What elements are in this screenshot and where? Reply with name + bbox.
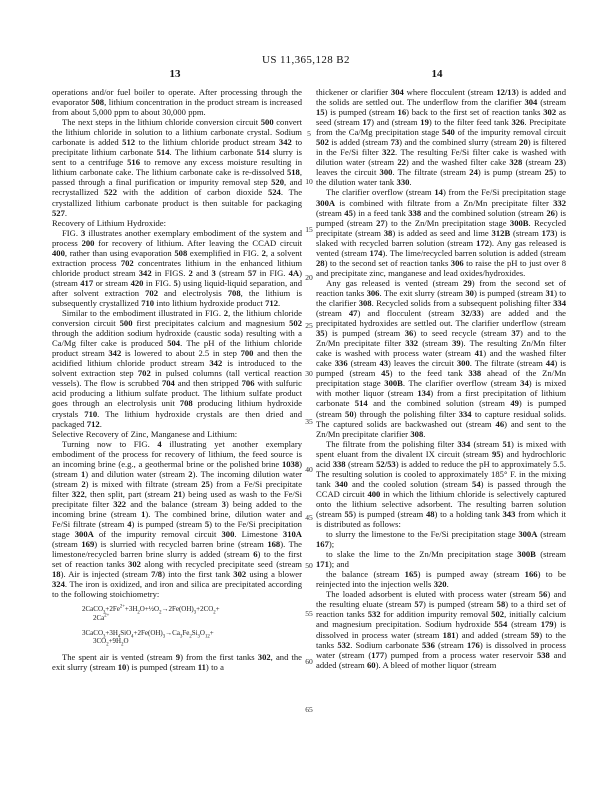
line-number: 65 [302, 705, 316, 714]
chemical-formula: 3CaCO3+3H4SiO4+2Fe(OH)3→Ca3Fe2Si3O12+3CO… [82, 629, 302, 646]
line-number: 45 [302, 513, 316, 522]
line-number: 5 [302, 129, 316, 138]
paragraph: The loaded adsorbent is eluted with proc… [316, 589, 566, 669]
patent-page: US 11,365,128 B2 13 14 operations and/or… [0, 0, 612, 792]
page-body: operations and/or fuel boiler to operate… [52, 87, 566, 672]
section-heading: Recovery of Lithium Hydroxide: [52, 218, 302, 228]
paragraph: operations and/or fuel boiler to operate… [52, 87, 302, 117]
line-number: 40 [302, 465, 316, 474]
line-number: 20 [302, 273, 316, 282]
line-number: 30 [302, 369, 316, 378]
paragraph: FIG. 3 illustrates another exemplary emb… [52, 228, 302, 308]
patent-number: US 11,365,128 B2 [0, 54, 612, 66]
paragraph: thickener or clarifier 304 where floccul… [316, 87, 566, 187]
line-number: 60 [302, 657, 316, 666]
paragraph: The next steps in the lithium chloride c… [52, 117, 302, 217]
paragraph: to slake the lime to the Zn/Mn precipita… [316, 549, 566, 569]
left-column-number: 13 [145, 68, 205, 80]
section-heading: Selective Recovery of Zinc, Manganese an… [52, 429, 302, 439]
line-number: 25 [302, 321, 316, 330]
right-column-text: thickener or clarifier 304 where floccul… [316, 87, 566, 672]
line-number: 55 [302, 609, 316, 618]
line-number-gutter: 5101520253035404550556065 [302, 87, 316, 672]
line-number: 15 [302, 225, 316, 234]
paragraph: the balance (stream 165) is pumped away … [316, 569, 566, 589]
line-number: 50 [302, 561, 316, 570]
line-number: 10 [302, 177, 316, 186]
chemical-formula: 2CaCO3+2Fe2++3H2O+½O2→2Fe(OH)3+2CO2+2Ca2… [82, 605, 302, 622]
left-column-text: operations and/or fuel boiler to operate… [52, 87, 302, 672]
right-column-number: 14 [407, 68, 467, 80]
paragraph: The spent air is vented (stream 9) from … [52, 652, 302, 672]
paragraph: to slurry the limestone to the Fe/Si pre… [316, 529, 566, 549]
paragraph: The filtrate from the polishing filter 3… [316, 439, 566, 529]
paragraph: Similar to the embodiment illustrated in… [52, 308, 302, 429]
paragraph: Turning now to FIG. 4 illustrating yet a… [52, 439, 302, 600]
paragraph: The clarifier overflow (stream 14) from … [316, 187, 566, 277]
line-number: 35 [302, 417, 316, 426]
paragraph: Any gas released is vented (stream 29) f… [316, 278, 566, 439]
